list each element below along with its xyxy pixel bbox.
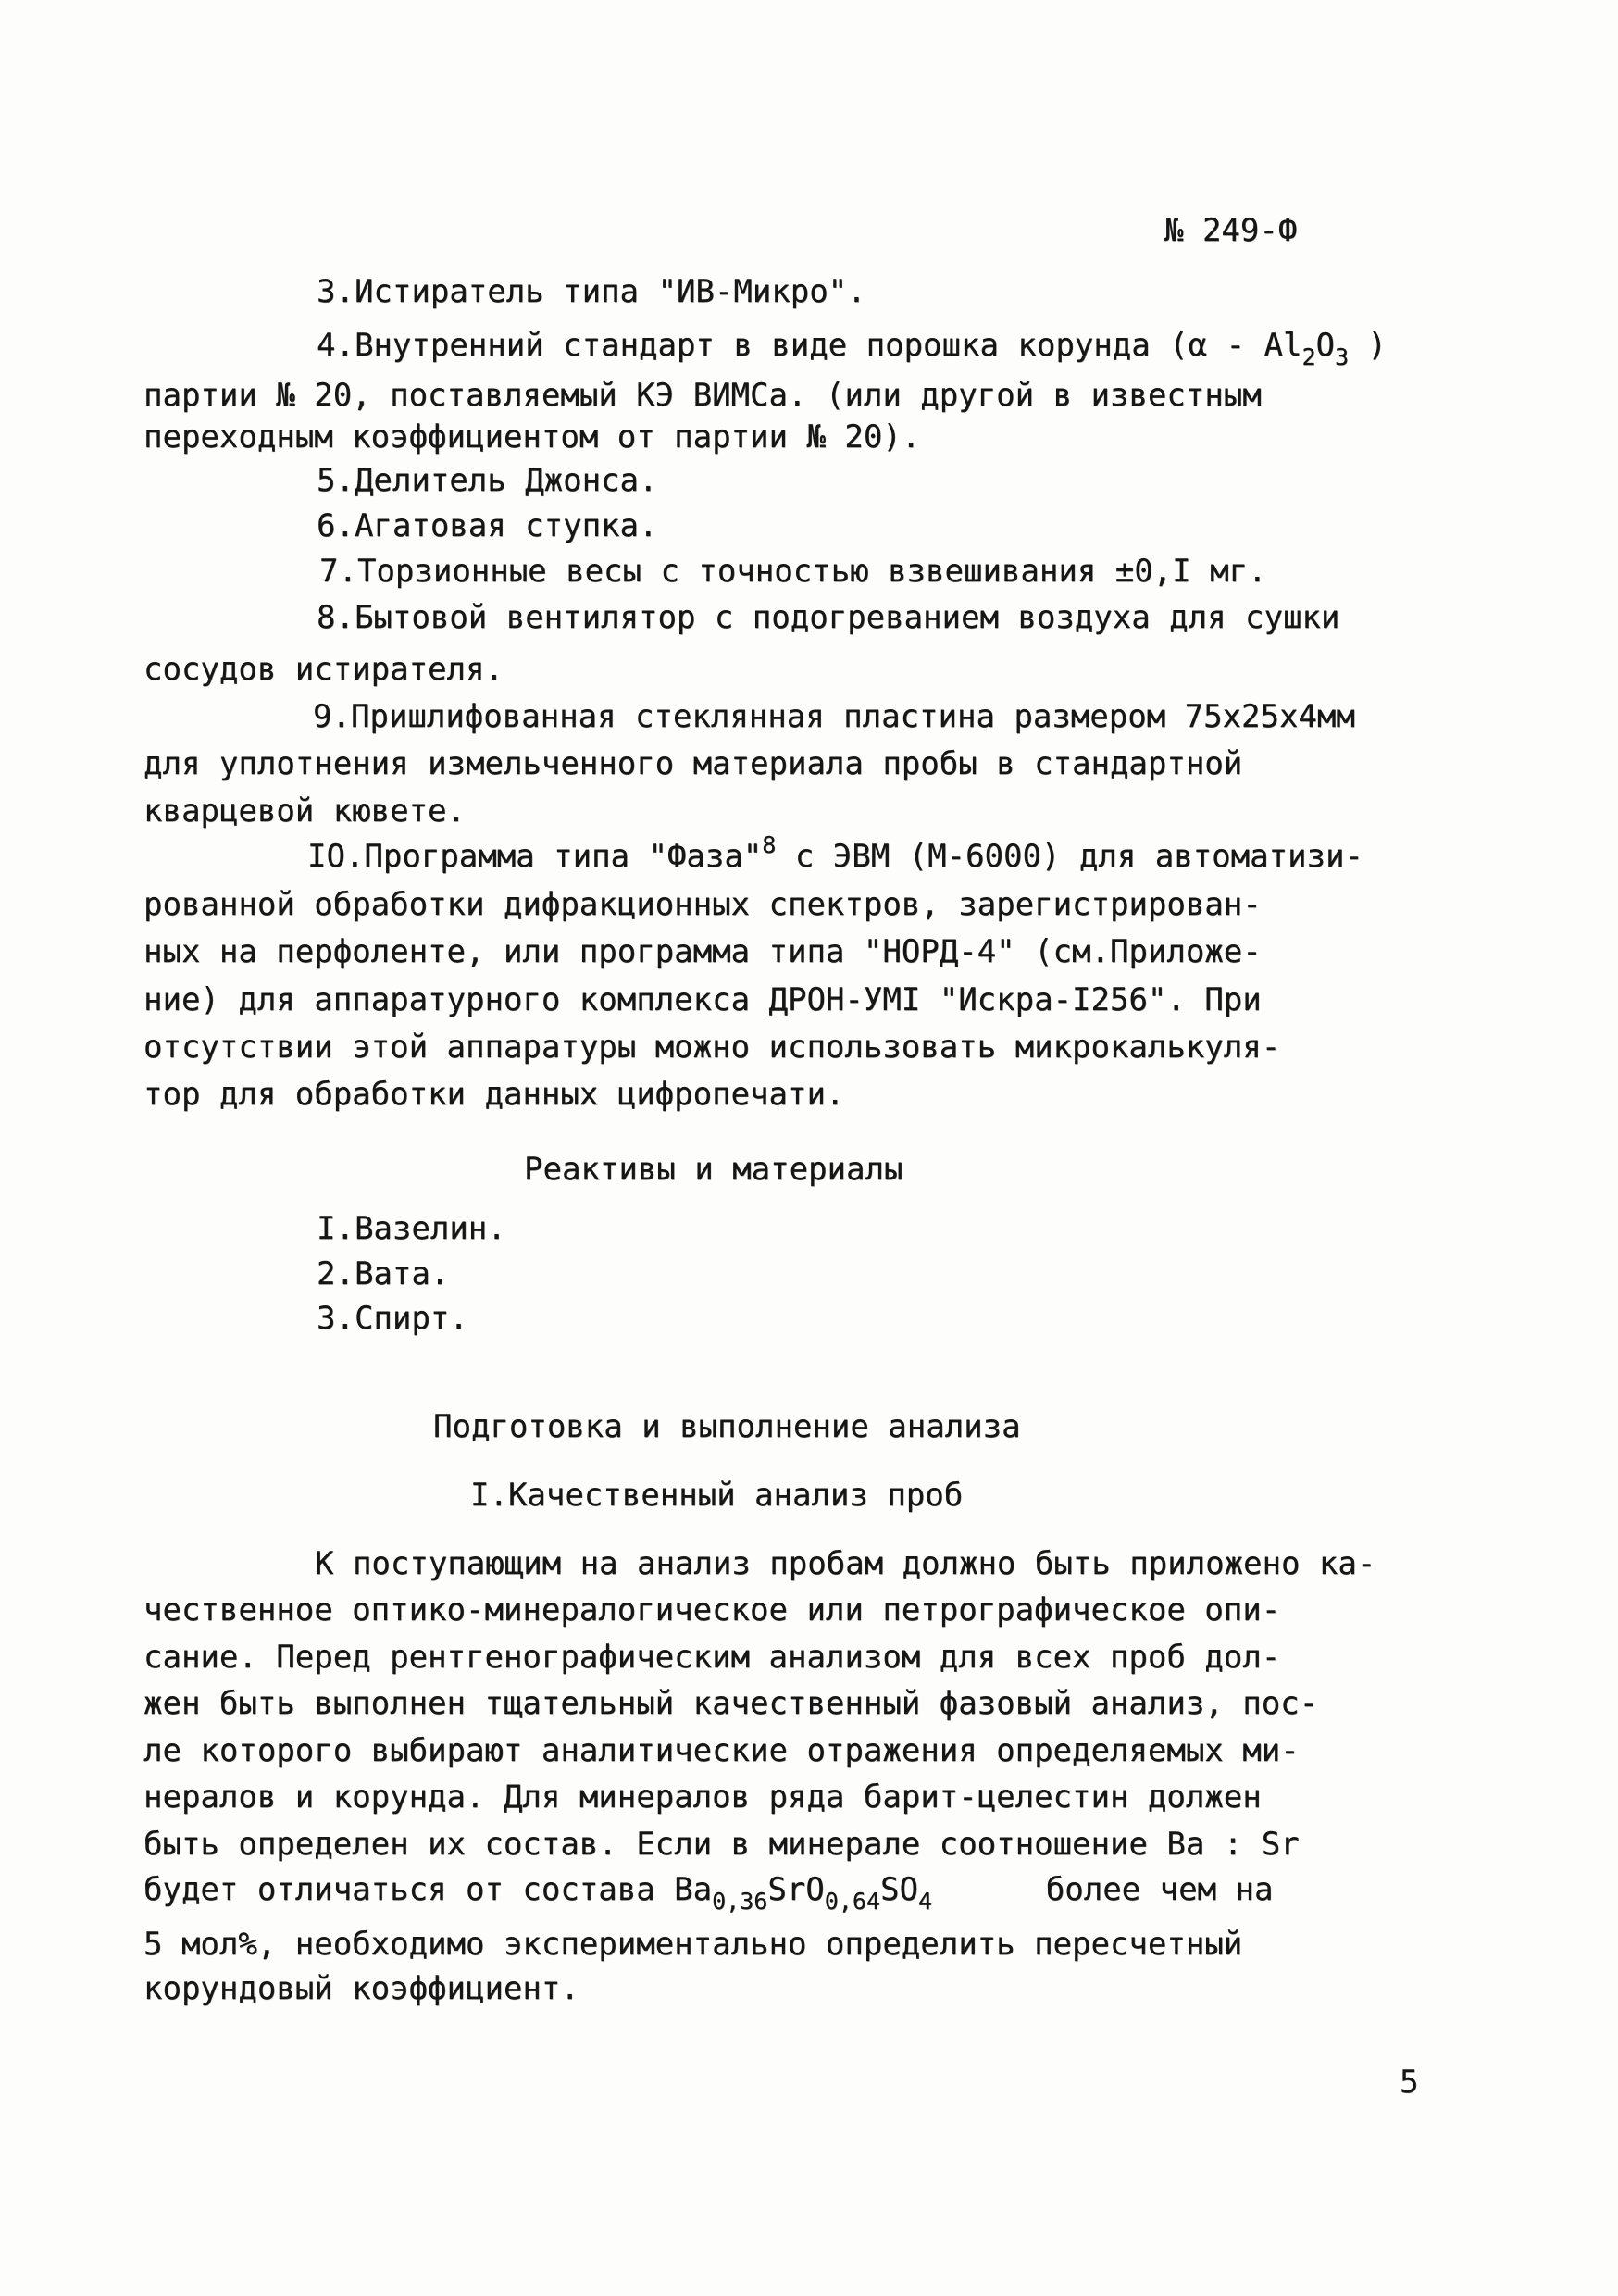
formula-oxygen: O xyxy=(1316,327,1335,364)
reagents-heading: Реактивы и материалы xyxy=(524,1154,902,1185)
formula-close-paren: ) xyxy=(1349,327,1387,364)
formula-subscript: 0,64 xyxy=(825,1888,880,1915)
paragraph-line: сание. Перед рентгенографическим анализо… xyxy=(143,1641,1280,1673)
equipment-item-5: 5.Делитель Джонса. xyxy=(317,465,657,496)
equipment-item-10-cont: отсутствии этой аппаратуры можно использ… xyxy=(143,1031,1280,1063)
paragraph-line: быть определен их состав. Если в минерал… xyxy=(143,1828,1300,1860)
equipment-item-9-cont: для уплотнения измельченного материала п… xyxy=(143,748,1242,780)
alpha-al2o3-formula: α - Al xyxy=(1189,327,1302,364)
equipment-item-10-cont: тор для обработки данных цифропечати. xyxy=(143,1079,844,1110)
item10-text-cont: с ЭВМ (М-6000) для автоматизи- xyxy=(776,838,1363,875)
formula-subscript: 4 xyxy=(918,1888,932,1915)
paragraph-line: нералов и корунда. Для минералов ряда ба… xyxy=(143,1781,1262,1813)
sulfate-symbol: SO xyxy=(880,1871,918,1908)
formula-subscript: 2 xyxy=(1301,343,1315,370)
equipment-item-7: 7.Торзионные весы с точностью взвешивани… xyxy=(319,555,1267,587)
equipment-item-4-cont: переходным коэффициентом от партии № 20)… xyxy=(143,421,920,453)
equipment-item-8: 8.Бытовой вентилятор с подогреванием воз… xyxy=(317,602,1339,633)
formula-line-text: будет отличаться от состава xyxy=(143,1871,674,1908)
paragraph-line: К поступающим на анализ пробам должно бы… xyxy=(315,1548,1375,1579)
preparation-heading: Подготовка и выполнение анализа xyxy=(433,1411,1021,1442)
qualitative-analysis-heading: I.Качественный анализ проб xyxy=(470,1479,963,1511)
paragraph-line: жен быть выполнен тщательный качественны… xyxy=(143,1688,1318,1719)
paragraph-line: корундовый коэффициент. xyxy=(143,1973,579,2004)
composition-formula-line: будет отличаться от состава Ba0,36SrO0,6… xyxy=(143,1874,1273,1905)
strontium-symbol: SrO xyxy=(767,1871,824,1908)
equipment-item-10-cont: ние) для аппаратурного комплекса ДРОН-УМ… xyxy=(143,984,1262,1016)
reagent-item-3: 3.Спирт. xyxy=(317,1303,468,1334)
formula-line-text-cont: более чем на xyxy=(932,1871,1273,1908)
item10-text: IO.Программа типа "Фаза" xyxy=(307,838,762,875)
equipment-item-9: 9.Пришлифованная стеклянная пластина раз… xyxy=(313,701,1355,732)
paragraph-line: ле которого выбирают аналитические отраж… xyxy=(143,1735,1300,1766)
doc-number: № 249-Ф xyxy=(1164,215,1297,246)
barium-symbol: Ba xyxy=(674,1871,712,1908)
equipment-item-4-cont: партии № 20, поставляемый КЭ ВИМСа. (или… xyxy=(143,380,1262,411)
equipment-item-8-cont: сосудов истирателя. xyxy=(143,654,504,685)
reagent-item-2: 2.Вата. xyxy=(317,1258,449,1290)
equipment-item-6: 6.Агатовая ступка. xyxy=(317,510,657,542)
equipment-item-3: 3.Истиратель типа "ИВ-Микро". xyxy=(317,276,866,307)
formula-subscript: 3 xyxy=(1335,343,1349,370)
paragraph-line: чественное оптико-минералогическое или п… xyxy=(143,1594,1280,1626)
item4-text: 4.Внутренний стандарт в виде порошка кор… xyxy=(317,327,1189,364)
footnote-reference: 8 xyxy=(762,831,776,858)
formula-subscript: 0,36 xyxy=(712,1888,767,1915)
paragraph-line: 5 мол%, необходимо экспериментально опре… xyxy=(143,1928,1242,1960)
equipment-item-10: IO.Программа типа "Фаза"8 с ЭВМ (М-6000)… xyxy=(307,841,1363,872)
document-page: № 249-Ф 3.Истиратель типа "ИВ-Микро". 4.… xyxy=(0,0,1618,2296)
reagent-item-1: I.Вазелин. xyxy=(317,1213,506,1244)
equipment-item-9-cont: кварцевой кювете. xyxy=(143,795,466,827)
equipment-item-4: 4.Внутренний стандарт в виде порошка кор… xyxy=(317,330,1387,361)
equipment-item-10-cont: рованной обработки дифракционных спектро… xyxy=(143,889,1262,920)
page-number: 5 xyxy=(1400,2066,1418,2098)
equipment-item-10-cont: ных на перфоленте, или программа типа "Н… xyxy=(143,936,1262,967)
